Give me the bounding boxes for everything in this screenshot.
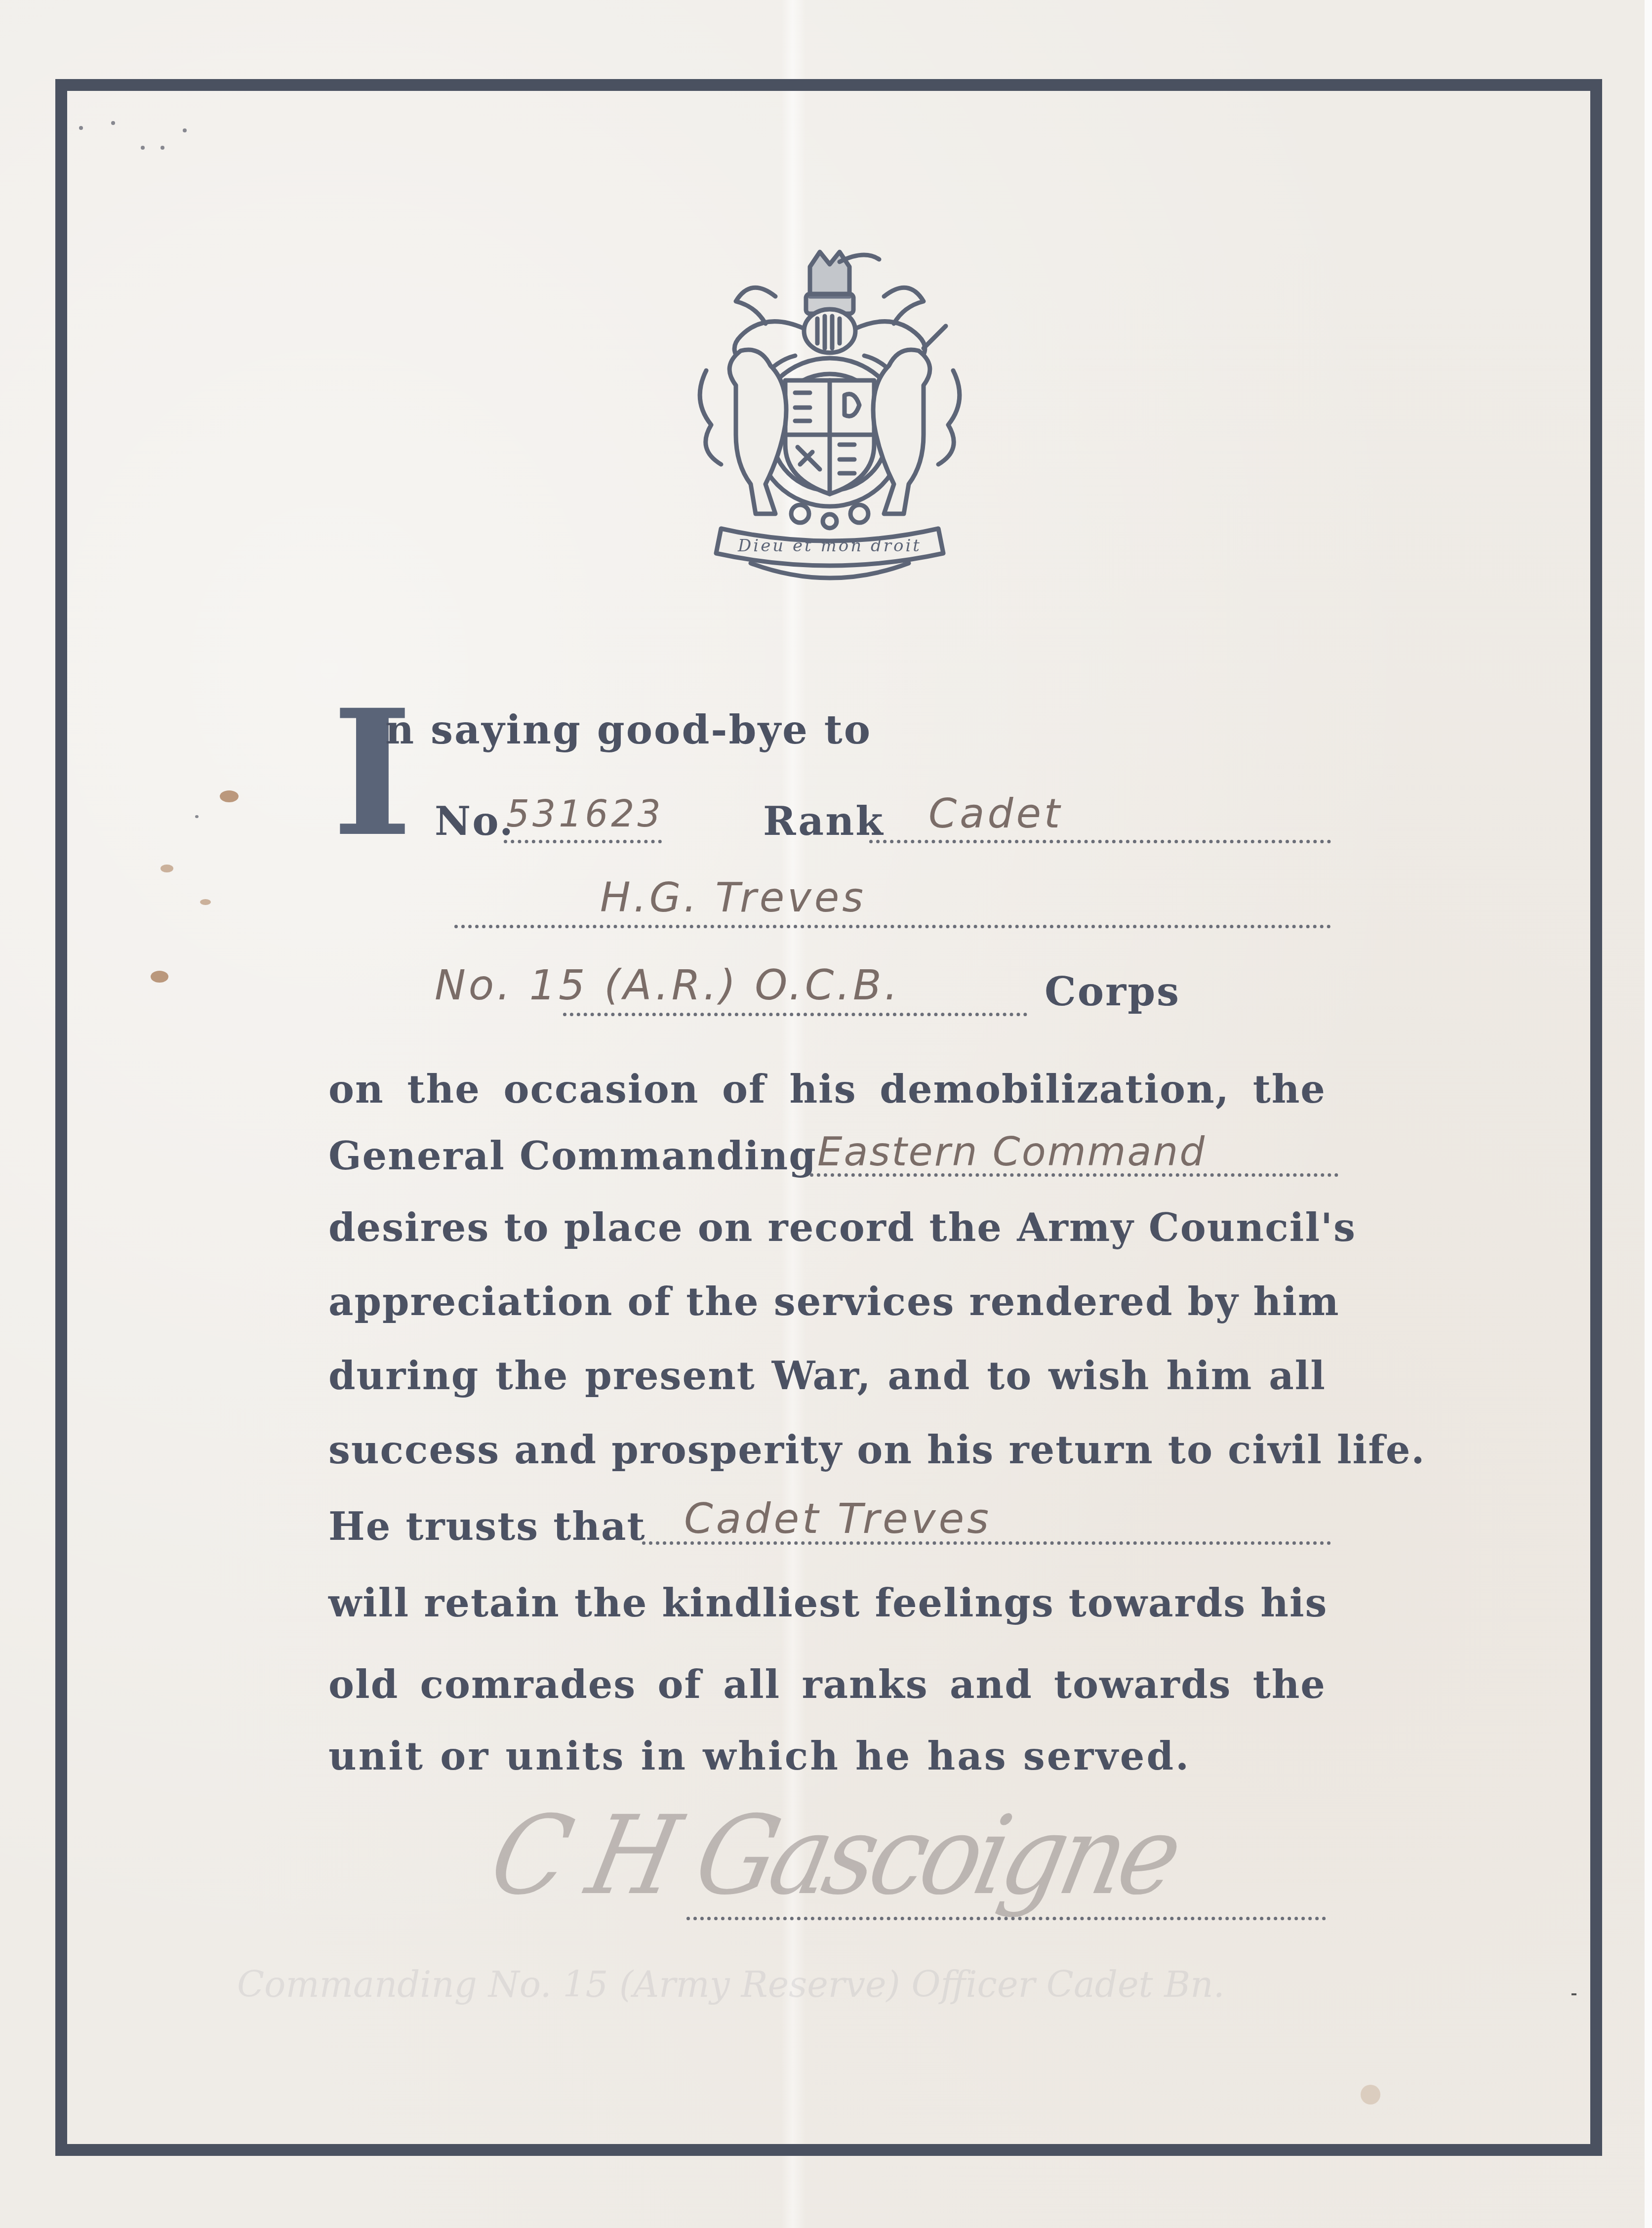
body-line-9: old comrades of all ranks and towards th… <box>328 1662 1326 1707</box>
paper-speck <box>141 146 145 150</box>
paper-speck <box>111 121 115 125</box>
foxing-stain <box>161 865 173 872</box>
body-line-3: desires to place on record the Army Coun… <box>328 1205 1326 1250</box>
signature-dotted-line <box>686 1917 1326 1920</box>
rank-dotted-line <box>869 840 1331 843</box>
paper-speck <box>161 146 164 150</box>
rank-label: Rank <box>763 798 885 844</box>
command-dotted-line <box>810 1173 1338 1177</box>
command-value: Eastern Command <box>817 1129 1206 1175</box>
corps-label: Corps <box>1045 968 1180 1015</box>
rank-value: Cadet <box>928 790 1063 837</box>
general-commanding-label: General Commanding <box>328 1134 817 1179</box>
faded-officer-title: Commanding No. 15 (Army Reserve) Officer… <box>237 1964 1225 2005</box>
crest-motto: Dieu et mon droit <box>714 536 946 556</box>
number-label: No. <box>435 798 515 844</box>
body-line-10: unit or units in which he has served. <box>328 1734 1191 1779</box>
trusts-that-label: He trusts that <box>328 1504 646 1549</box>
paper-edge <box>1645 0 1652 2228</box>
foxing-stain <box>1361 2085 1380 2104</box>
body-line-6: success and prosperity on his return to … <box>328 1428 1326 1473</box>
corps-dotted-line <box>563 1013 1027 1016</box>
foxing-stain <box>151 971 168 983</box>
commanding-officer-signature: C H Gascoigne <box>481 1792 1188 1919</box>
paper-speck <box>195 815 199 818</box>
body-line-5: during the present War, and to wish him … <box>328 1354 1326 1399</box>
paper-mark <box>1571 1993 1576 1995</box>
corps-value: No. 15 (A.R.) O.C.B. <box>435 961 900 1009</box>
number-value: 531623 <box>506 793 664 835</box>
body-line-8: will retain the kindliest feelings towar… <box>328 1581 1326 1626</box>
foxing-stain <box>200 899 211 905</box>
foxing-stain <box>220 790 239 802</box>
trusts-value: Cadet Treves <box>684 1494 992 1543</box>
name-value: H.G. Treves <box>600 874 866 921</box>
body-line-1: on the occasion of his demobilization, t… <box>328 1067 1326 1112</box>
number-dotted-line <box>504 840 662 843</box>
opening-line: n saying good-bye to <box>385 706 872 753</box>
paper-speck <box>79 126 83 130</box>
paper-speck <box>183 128 187 132</box>
trusts-dotted-line <box>642 1541 1331 1545</box>
body-line-4: appreciation of the services rendered by… <box>328 1279 1326 1324</box>
name-dotted-line <box>454 925 1331 928</box>
